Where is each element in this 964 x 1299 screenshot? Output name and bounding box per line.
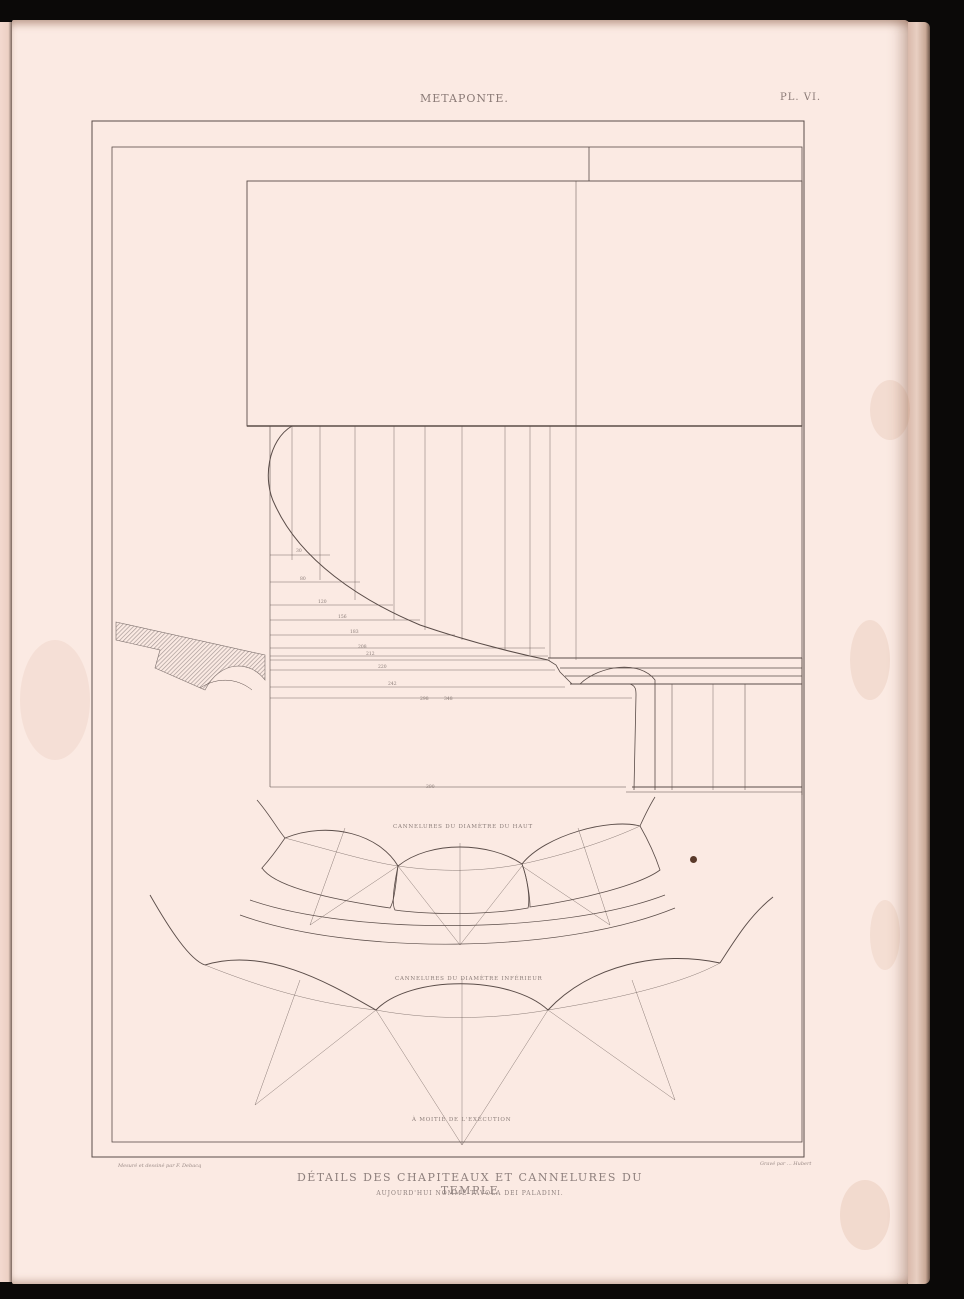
svg-text:242: 242 <box>388 681 397 687</box>
svg-text:390: 390 <box>426 784 435 790</box>
svg-text:80: 80 <box>300 576 306 582</box>
lower-flutes-label: CANNELURES DU DIAMÈTRE INFÉRIEUR <box>395 976 543 982</box>
scale-label: À MOITIÉ DE L'EXÉCUTION <box>412 1117 511 1123</box>
plate-number: PL. VI. <box>780 92 821 103</box>
engraver-credit: Gravé par ... Hubert <box>760 1161 811 1167</box>
svg-text:348: 348 <box>444 696 453 702</box>
upper-flutes-label: CANNELURES DU DIAMÈTRE DU HAUT <box>393 824 533 830</box>
svg-text:298: 298 <box>420 696 429 702</box>
svg-text:156: 156 <box>338 614 347 620</box>
svg-text:208: 208 <box>358 644 367 650</box>
svg-text:220: 220 <box>378 664 387 670</box>
plate-header-location: METAPONTE. <box>420 92 509 105</box>
plate-subtitle: AUJOURD'HUI NOMMÉ TAVOLA DEI PALADINI. <box>340 1190 600 1197</box>
svg-text:120: 120 <box>318 599 327 605</box>
svg-text:212: 212 <box>366 651 375 657</box>
architectural-drawing: 30 80 120 156 183 208 212 220 242 298 34… <box>0 0 964 1299</box>
draftsman-credit: Mesuré et dessiné par F. Debacq <box>118 1163 201 1169</box>
svg-text:30: 30 <box>296 548 302 554</box>
svg-text:183: 183 <box>350 629 359 635</box>
